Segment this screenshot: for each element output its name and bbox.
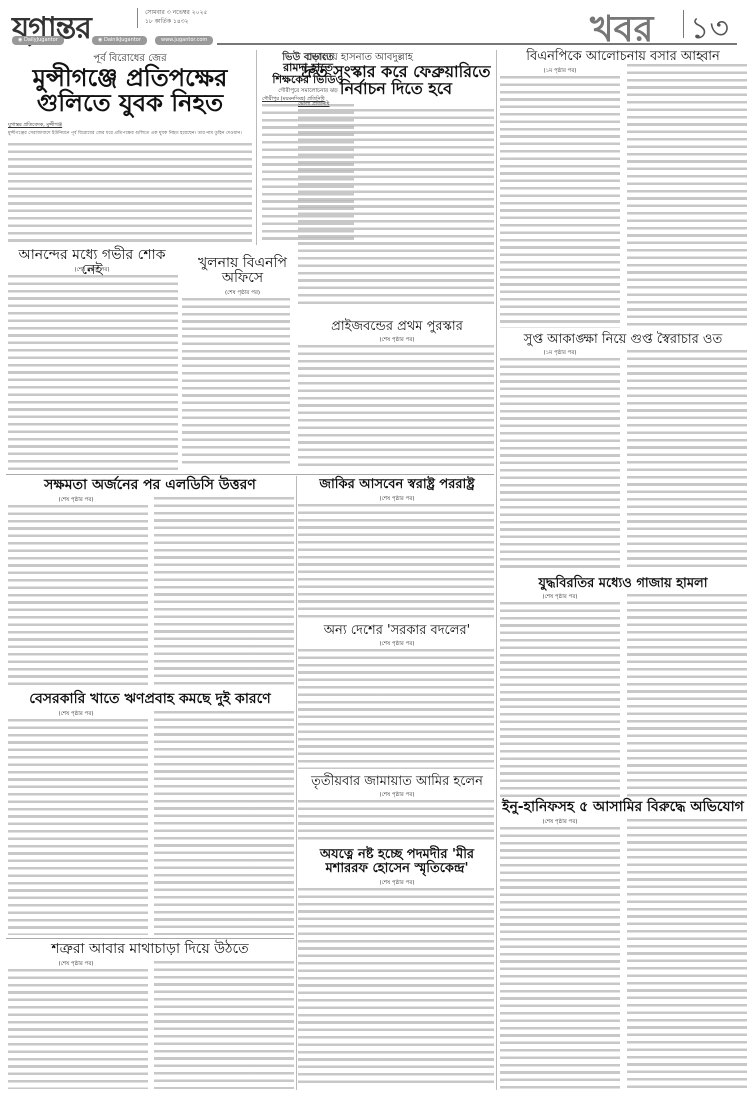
jakir-continued: (শেষ পৃষ্ঠার পর) — [298, 496, 496, 504]
inu-body-col2 — [627, 819, 747, 1089]
facebook-link[interactable]: ◉ DainikJugantor — [92, 36, 147, 45]
enemies-headline[interactable]: শত্রুরা আবার মাথাচাড়া দিয়ে উঠতে — [6, 942, 294, 957]
reform-body — [298, 109, 494, 309]
bnp-talks-continued: (১ম পৃষ্ঠার পর) — [500, 68, 620, 76]
section-rule — [6, 938, 294, 939]
jamaat-headline[interactable]: তৃতীয়বার জামায়াত আমির হলেন — [298, 775, 496, 789]
date-gregorian: সোমবার ৩ নভেম্বর ২০২৫ — [145, 8, 207, 17]
inu-body-col1 — [500, 827, 620, 1089]
enemies-body-col2 — [154, 961, 294, 1089]
munshiganj-byline: যুগান্তর প্রতিবেদক, মুন্সীগঞ্জ — [8, 122, 62, 130]
bnp-talks-body-col1 — [500, 76, 620, 328]
other-country-body — [298, 649, 494, 769]
ldc-headline[interactable]: সক্ষমতা অর্জনের পর এলডিসি উত্তরণ — [6, 478, 294, 493]
section-rule — [6, 474, 494, 475]
bnp-talks-body-col2 — [627, 64, 747, 328]
prize-bond-continued: (শেষ পৃষ্ঠার পর) — [298, 337, 496, 345]
reform-headline[interactable]: দ্রুত সংস্কার করে ফেব্রুয়ারিতে নির্বাচন… — [296, 64, 496, 98]
prize-bond-body — [298, 345, 494, 470]
sleeping-body-col2 — [627, 350, 747, 570]
column-divider — [296, 476, 297, 1090]
column-divider — [256, 50, 257, 245]
inu-continued: (শেষ পৃষ্ঠার পর) — [500, 819, 620, 827]
jakir-headline[interactable]: জাকির আসবেন স্বরাষ্ট্র পররাষ্ট্র — [298, 478, 496, 492]
munshiganj-lead: মুন্সীগঞ্জের সেরাজাবাদে ইউনিয়নে পূর্ব ব… — [8, 130, 252, 142]
private-credit-body-col2 — [154, 711, 294, 935]
sleeping-headline[interactable]: সুপ্ত আকাঙ্ক্ষা নিয়ে গুপ্ত স্বৈরাচার ওত — [498, 333, 748, 347]
jakir-body — [298, 504, 494, 618]
masthead-rule — [217, 43, 737, 45]
anand-body — [8, 275, 178, 470]
twitter-icon: ◉ — [18, 37, 22, 43]
munshiganj-body — [8, 143, 252, 243]
enemies-body-col1 — [8, 969, 148, 1089]
private-credit-continued: (শেষ পৃষ্ঠার পর) — [6, 711, 146, 719]
bnp-talks-headline[interactable]: বিএনপিকে আলোচনায় বসার আহ্বান — [498, 50, 748, 64]
sleeping-continued: (১ম পৃষ্ঠার পর) — [500, 350, 620, 358]
twitter-link[interactable]: ◉ DailyJugantor — [12, 36, 64, 45]
page-number: ১৩ — [690, 4, 729, 55]
other-country-continued: (শেষ পৃষ্ঠার পর) — [298, 641, 496, 649]
memorial-headline[interactable]: অযত্নে নষ্ট হচ্ছে পদমদীর 'মীর মশাররফ হোস… — [298, 848, 496, 875]
column-divider — [496, 50, 497, 1090]
ldc-continued: (শেষ পৃষ্ঠার পর) — [6, 497, 146, 505]
gaza-continued: (শেষ পৃষ্ঠার পর) — [500, 594, 620, 602]
newspaper-logo: যুগান্তর — [12, 4, 91, 55]
anand-continued: (শেষ পৃষ্ঠার পর) — [6, 267, 178, 275]
khulna-continued: (শেষ পৃষ্ঠার পর) — [180, 290, 305, 298]
ldc-body-col1 — [8, 505, 148, 685]
publication-date: সোমবার ৩ নভেম্বর ২০২৫ ১৮ কার্তিক ১৪৩২ — [145, 8, 207, 26]
jamaat-body — [298, 800, 494, 840]
page-number-divider — [683, 10, 684, 38]
munshiganj-headline[interactable]: মুন্সীগঞ্জে প্রতিপক্ষের গুলিতে যুবক নিহত — [6, 66, 254, 116]
gaza-body-col2 — [627, 594, 747, 797]
khulna-headline[interactable]: খুলনায় বিএনপি অফিসে — [180, 256, 305, 285]
facebook-icon: ◉ — [98, 37, 102, 43]
private-credit-headline[interactable]: বেসরকারি খাতে ঋণপ্রবাহ কমছে দুই কারণে — [6, 692, 294, 707]
private-credit-body-col1 — [8, 719, 148, 935]
jamaat-continued: (শেষ পৃষ্ঠার পর) — [298, 792, 496, 800]
khulna-body — [182, 298, 290, 468]
ldc-body-col2 — [154, 497, 294, 685]
gaza-headline[interactable]: যুদ্ধবিরতির মধ্যেও গাজায় হামলা — [498, 577, 748, 591]
memorial-body — [298, 888, 494, 1088]
other-country-headline[interactable]: অন্য দেশের 'সরকার বদলের' — [298, 624, 496, 638]
date-bangla: ১৮ কার্তিক ১৪৩২ — [145, 17, 207, 26]
masthead-divider — [137, 8, 138, 28]
sleeping-body-col1 — [500, 358, 620, 570]
reform-byline: ভোলা প্রতিনিধি — [298, 101, 330, 109]
inu-headline[interactable]: ইনু-হানিফসহ ৫ আসামির বিরুদ্ধে অভিযোগ — [498, 800, 748, 815]
gaza-body-col1 — [500, 602, 620, 797]
prize-bond-headline[interactable]: প্রাইজবন্ডের প্রথম পুরস্কার — [298, 320, 496, 334]
enemies-continued: (শেষ পৃষ্ঠার পর) — [6, 961, 146, 969]
memorial-continued: (শেষ পৃষ্ঠার পর) — [298, 880, 496, 888]
website-link[interactable]: www.jugantor.com — [155, 36, 213, 45]
